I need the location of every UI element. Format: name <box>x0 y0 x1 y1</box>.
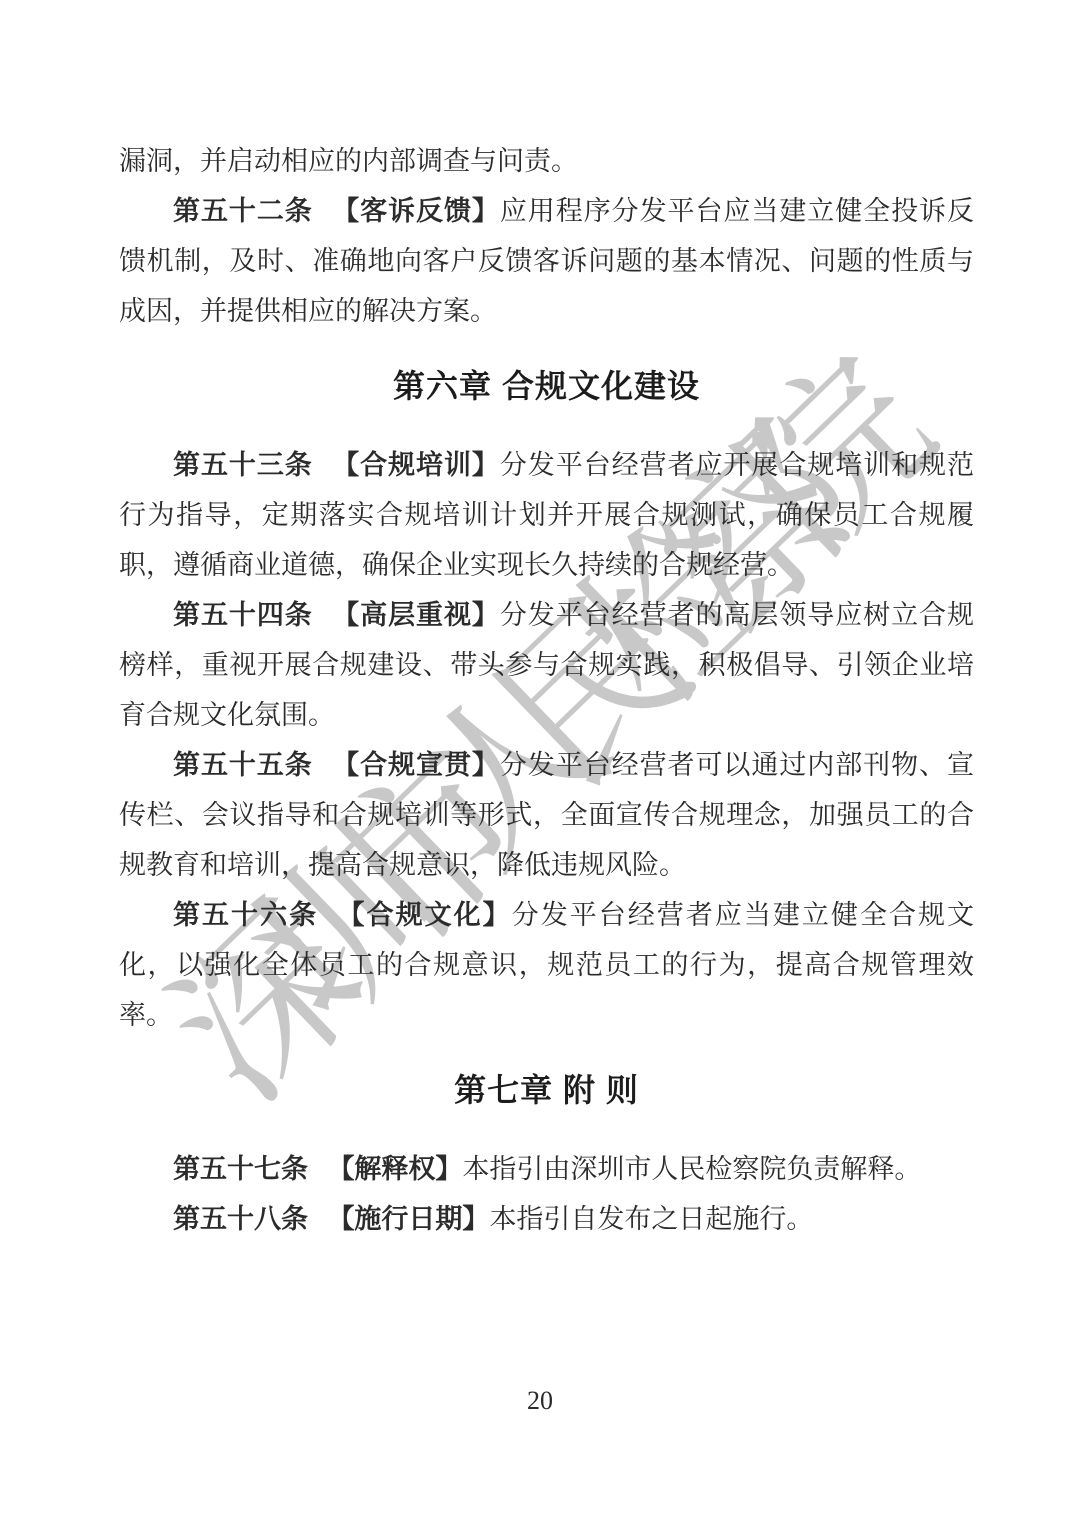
chapter-6-heading: 第六章 合规文化建设 <box>119 356 974 416</box>
article-52-number: 第五十二条 <box>173 196 313 226</box>
article-53: 第五十三条【合规培训】分发平台经营者应开展合规培训和规范行为指导，定期落实合规培… <box>119 440 974 590</box>
article-57-number: 第五十七条 <box>173 1154 308 1184</box>
article-54-number: 第五十四条 <box>173 600 313 630</box>
article-56: 第五十六条【合规文化】分发平台经营者应当建立健全合规文化，以强化全体员工的合规意… <box>119 890 974 1040</box>
article-52: 第五十二条【客诉反馈】应用程序分发平台应当建立健全投诉反馈机制，及时、准确地向客… <box>119 186 974 336</box>
article-56-number: 第五十六条 <box>173 900 318 930</box>
article-57: 第五十七条【解释权】本指引由深圳市人民检察院负责解释。 <box>119 1144 974 1194</box>
article-58-text: 本指引自发布之日起施行。 <box>489 1204 813 1234</box>
article-55-number: 第五十五条 <box>173 750 313 780</box>
paragraph-continuation: 漏洞，并启动相应的内部调查与问责。 <box>119 136 974 186</box>
article-53-number: 第五十三条 <box>173 450 313 480</box>
article-56-label: 【合规文化】 <box>338 900 512 930</box>
article-55-label: 【合规宣贯】 <box>332 750 500 780</box>
document-content: 漏洞，并启动相应的内部调查与问责。 第五十二条【客诉反馈】应用程序分发平台应当建… <box>0 0 1080 1244</box>
article-58-number: 第五十八条 <box>173 1204 308 1234</box>
chapter-7-heading: 第七章 附 则 <box>119 1060 974 1120</box>
article-55: 第五十五条【合规宣贯】分发平台经营者可以通过内部刊物、宣传栏、会议指导和合规培训… <box>119 740 974 890</box>
article-58-label: 【施行日期】 <box>327 1204 489 1234</box>
article-57-text: 本指引由深圳市人民检察院负责解释。 <box>462 1154 921 1184</box>
article-54: 第五十四条【高层重视】分发平台经营者的高层领导应树立合规榜样，重视开展合规建设、… <box>119 590 974 740</box>
article-57-label: 【解释权】 <box>327 1154 462 1184</box>
article-58: 第五十八条【施行日期】本指引自发布之日起施行。 <box>119 1194 974 1244</box>
document-page: 深圳市人民检察院 漏洞，并启动相应的内部调查与问责。 第五十二条【客诉反馈】应用… <box>0 0 1080 1527</box>
page-number: 20 <box>0 1386 1080 1416</box>
article-52-label: 【客诉反馈】 <box>332 196 500 226</box>
article-54-label: 【高层重视】 <box>332 600 500 630</box>
body-text: 漏洞，并启动相应的内部调查与问责。 <box>119 146 578 176</box>
article-53-label: 【合规培训】 <box>332 450 500 480</box>
